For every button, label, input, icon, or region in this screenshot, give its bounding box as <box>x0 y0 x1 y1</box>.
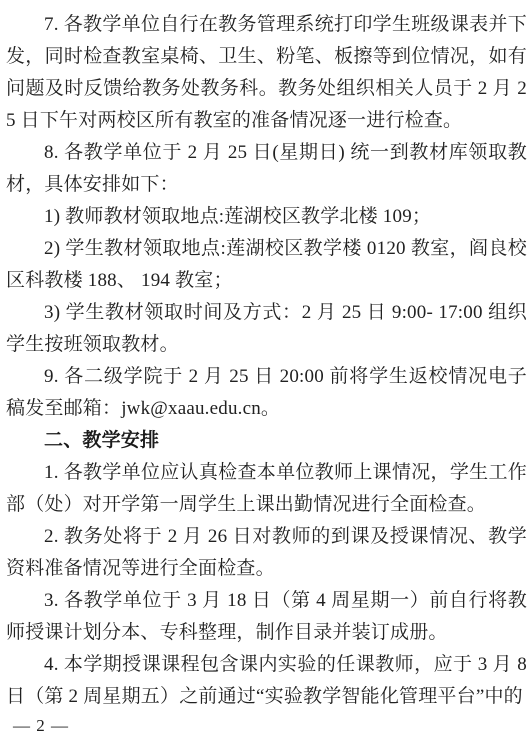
paragraph: 3. 各教学单位于 3 月 18 日（第 4 周星期一）前自行将教师授课计划分本… <box>6 585 527 649</box>
page-number: — 2 — <box>13 714 69 738</box>
paragraph: 3) 学生教材领取时间及方式：2 月 25 日 9:00- 17:00 组织学生… <box>6 297 527 361</box>
paragraph: 8. 各教学单位于 2 月 25 日(星期日) 统一到教材库领取教材，具体安排如… <box>6 137 527 201</box>
paragraph: 1) 教师教材领取地点:莲湖校区教学北楼 109； <box>6 201 527 233</box>
paragraph: 9. 各二级学院于 2 月 25 日 20:00 前将学生返校情况电子稿发至邮箱… <box>6 361 527 425</box>
document-page: 7. 各教学单位自行在教务管理系统打印学生班级课表并下发，同时检查教室桌椅、卫生… <box>0 0 532 754</box>
paragraph: 2) 学生教材领取地点:莲湖校区教学楼 0120 教室，阎良校区科教楼 188、… <box>6 233 527 297</box>
section-heading: 二、教学安排 <box>6 425 527 457</box>
paragraph: 4. 本学期授课课程包含课内实验的任课教师，应于 3 月 8 日（第 2 周星期… <box>6 649 527 713</box>
paragraph: 7. 各教学单位自行在教务管理系统打印学生班级课表并下发，同时检查教室桌椅、卫生… <box>6 9 527 137</box>
paragraph: 1. 各教学单位应认真检查本单位教师上课情况，学生工作部（处）对开学第一周学生上… <box>6 457 527 521</box>
document-body: 7. 各教学单位自行在教务管理系统打印学生班级课表并下发，同时检查教室桌椅、卫生… <box>6 9 527 713</box>
paragraph: 2. 教务处将于 2 月 26 日对教师的到课及授课情况、教学资料准备情况等进行… <box>6 521 527 585</box>
